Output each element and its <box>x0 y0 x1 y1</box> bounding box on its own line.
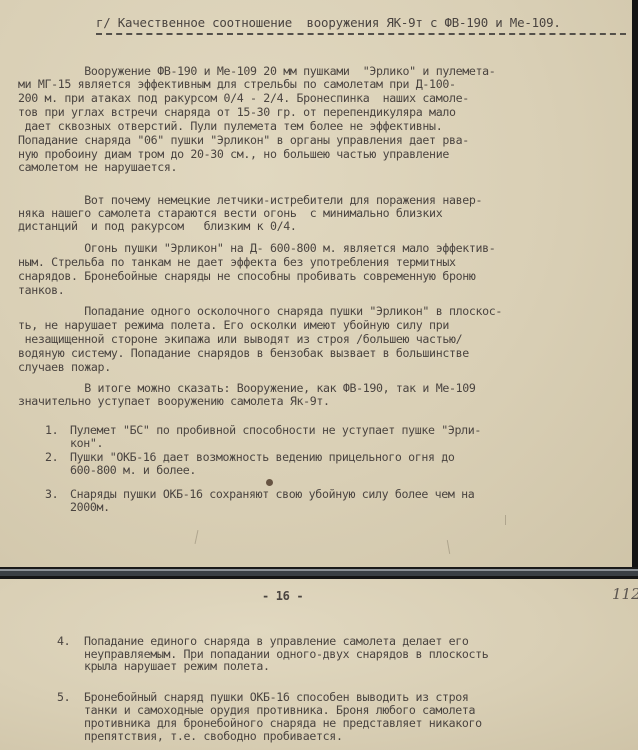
text-line: снарядов. Бронебойные снаряды не способн… <box>18 270 475 283</box>
text-line: дистанций и под ракурсом близким к 0/4. <box>18 220 296 233</box>
text-line: ть, не нарушает режима полета. Его оскол… <box>18 319 449 332</box>
text-line: Попадание снаряда "06" пушки "Эрликон" в… <box>18 134 469 147</box>
list-number: 5. <box>57 691 70 704</box>
handwritten-page-mark: 112 <box>612 585 638 603</box>
list-number: 1. <box>45 424 58 437</box>
document-page-1: г/ Качественное соотношение вооружения Я… <box>0 0 638 578</box>
text-line: водяную систему. Попадание снарядов в бе… <box>18 347 469 360</box>
text-line: самолетом не нарушается. <box>18 161 177 174</box>
text-line: 2000м. <box>70 501 110 514</box>
document-page-2: - 16 - 112 4. Попадание единого снаряда … <box>0 579 638 750</box>
paper-scratch <box>505 515 506 525</box>
text-line: крыла нарушает режим полета. <box>84 660 270 673</box>
text-line: случаев пожар. <box>18 361 111 374</box>
page-number: - 16 - <box>262 590 303 603</box>
text-line: Снаряды пушки ОКБ-16 сохраняют свою убой… <box>70 488 474 501</box>
text-line: танков. <box>18 284 64 297</box>
text-line: Попадание одного осколочного снаряда пуш… <box>18 305 502 318</box>
text-line: тов при углах встречи снаряда от 15-30 г… <box>18 106 456 119</box>
paper-scratch <box>195 530 199 544</box>
paper-scratch <box>447 540 450 554</box>
text-line: ным. Стрельба по танкам не дает эффекта … <box>18 256 456 269</box>
text-line: кон". <box>70 437 103 450</box>
title-underline <box>96 33 626 35</box>
text-line: дает сквозных отверстий. Пули пулемета т… <box>18 120 442 133</box>
text-line: 600-800 м. и более. <box>70 464 196 477</box>
text-line: значительно уступает вооружению самолета… <box>18 395 330 408</box>
text-line: Огонь пушки "Эрликон" на Д- 600-800 м. я… <box>18 242 495 255</box>
text-line: Пулемет "БС" по пробивной способности не… <box>70 424 481 437</box>
section-title: г/ Качественное соотношение вооружения Я… <box>96 16 561 29</box>
list-number: 4. <box>57 635 70 648</box>
text-line: незащищенной стороне экипажа или выводят… <box>18 333 462 346</box>
text-line: ми МГ-15 является эффективным для стрель… <box>18 78 456 91</box>
page-separator <box>0 567 638 579</box>
ink-blot <box>266 479 273 486</box>
list-number: 3. <box>45 488 58 501</box>
text-line: препятствия, т.е. свободно пробивается. <box>84 730 343 743</box>
list-number: 2. <box>45 451 58 464</box>
text-line: 200 м. при атаках под ракурсом 0/4 - 2/4… <box>18 92 469 105</box>
